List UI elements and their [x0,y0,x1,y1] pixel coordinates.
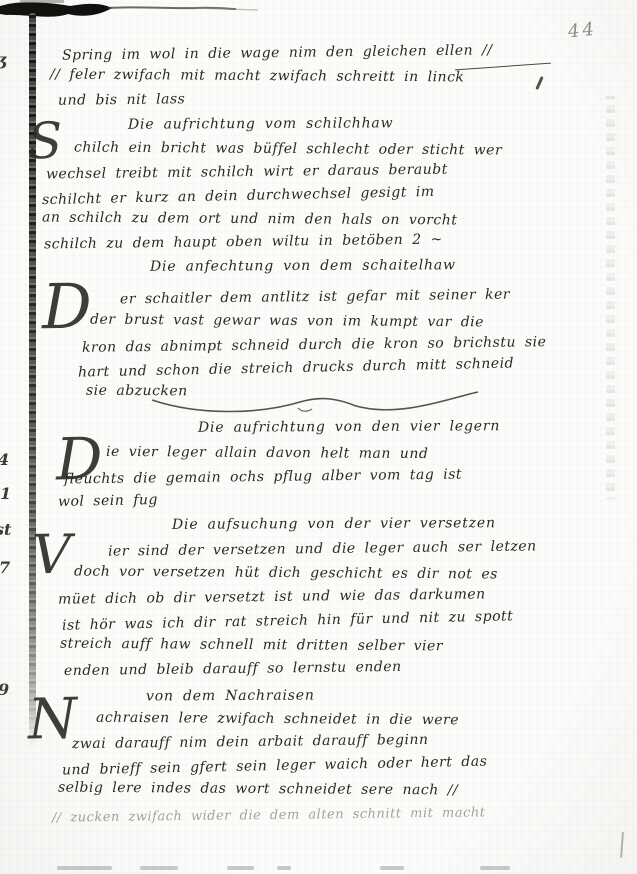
text-line: achraisen lere zwifach schneidet in die … [96,709,459,730]
margin-mark: st [0,520,11,539]
scan-edge-segment [480,866,510,870]
margin-mark: 1 [0,484,11,503]
text-line: wol sein fug [58,491,158,511]
text-line: und bis nit lass [58,90,186,110]
section-heading: Die aufrichtung von den vier legern [198,417,500,437]
text-line: wechsel treibt mit schilch wirt er darau… [46,161,448,184]
scan-edge-segment [140,866,178,870]
slash-flourish [535,76,543,90]
initial-capital: D [42,276,92,339]
section-heading: Die aufrichtung vom schilchhaw [128,114,393,134]
text-line: ie vier leger allain davon helt man und [106,443,428,463]
text-line: sie abzucken [86,382,188,401]
right-edge-smudge [606,96,615,500]
text-line: // feler zwifach mit macht zwifach schre… [50,66,465,87]
text-line: zwai darauff nim dein arbait darauff beg… [72,731,429,754]
initial-capital: V [32,528,72,582]
text-line: fleuchts die gemain ochs pflug alber vom… [64,466,462,489]
section-heading: Die aufsuchung von der vier versetzen [172,514,496,534]
section-heading: Die anfechtung von dem schaitelhaw [150,256,456,276]
scan-edge-segment [57,866,112,870]
text-line: an schilch zu dem ort und nim den hals o… [42,209,458,230]
margin-mark: 7 [0,558,10,577]
text-line: müet dich ob dir versetzt ist und wie da… [58,585,486,608]
text-line: streich auff haw schnell mit dritten sel… [60,635,443,656]
ink-smear-top-left [0,0,260,30]
text-line: und brieff sein gfert sein leger waich o… [62,753,488,780]
right-edge-tick [620,832,624,858]
initial-capital: S [27,116,62,167]
text-line: doch vor versetzen hüt dich geschicht es… [74,563,498,584]
text-line: Spring im wol in die wage nim den gleich… [62,41,493,64]
initial-capital: N [27,691,77,748]
text-line: hart und schon die streich drucks durch … [78,354,514,381]
manuscript-page: 44 ʒ 4 1 st 7 9 Spring im wol in die wag… [0,0,637,874]
text-line: chilch ein bricht was büffel schlecht od… [74,139,502,160]
text-line: enden und bleib darauff so lernstu enden [64,658,402,680]
text-line: kron das abnimpt schneid durch die kron … [82,333,547,357]
text-line: ier sind der versetzen und die leger auc… [108,537,537,560]
text-line: schilch zu dem haupt oben wiltu in betöb… [44,231,443,254]
text-line: er schaitler dem antlitz ist gefar mit s… [120,286,510,309]
text-line: ist hör was ich dir rat streich hin für … [62,607,514,635]
margin-mark: 9 [0,680,9,699]
scan-edge-segment [380,866,404,870]
text-line: schilcht er kurz an dein durchwechsel ge… [42,183,435,209]
text-line: der brust vast gewar was von im kumpt va… [90,311,484,332]
section-heading: von dem Nachraisen [146,687,315,706]
overline-flourish [455,63,551,71]
scan-edge-segment [277,866,291,870]
folio-number: 44 [567,19,598,43]
margin-mark: 4 [0,450,9,469]
margin-mark: ʒ [0,50,6,69]
pen-flourish [150,388,480,418]
scan-edge-segment [227,866,254,870]
text-line-faint: // zucken zwifach wider die dem alten sc… [52,805,486,827]
text-line: selbig lere indes das wort schneidet ser… [58,779,458,800]
